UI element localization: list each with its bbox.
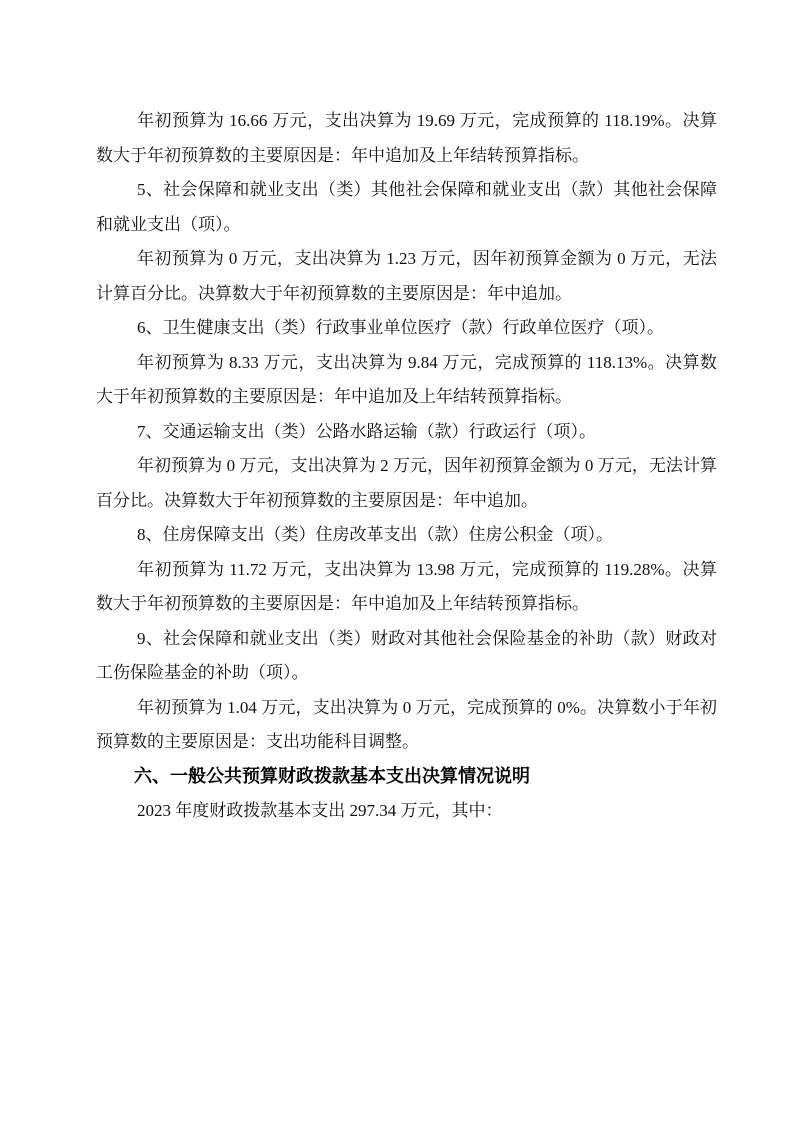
para-item7-title: 7、交通运输支出（类）公路水路运输（款）行政运行（项）。 <box>96 415 717 450</box>
para-item8-figures: 年初预算为 11.72 万元，支出决算为 13.98 万元，完成预算的 119.… <box>96 553 717 622</box>
para-item6-title: 6、卫生健康支出（类）行政事业单位医疗（款）行政单位医疗（项）。 <box>96 311 717 346</box>
para-item4-figures: 年初预算为 16.66 万元，支出决算为 19.69 万元，完成预算的 118.… <box>96 104 717 173</box>
para-item6-figures: 年初预算为 8.33 万元，支出决算为 9.84 万元，完成预算的 118.13… <box>96 346 717 415</box>
document-page: 年初预算为 16.66 万元，支出决算为 19.69 万元，完成预算的 118.… <box>0 0 793 1122</box>
para-item8-title: 8、住房保障支出（类）住房改革支出（款）住房公积金（项）。 <box>96 518 717 553</box>
para-section6-intro: 2023 年度财政拨款基本支出 297.34 万元，其中： <box>96 794 717 829</box>
heading-section-six: 六、一般公共预算财政拨款基本支出决算情况说明 <box>96 760 717 795</box>
para-item5-figures: 年初预算为 0 万元，支出决算为 1.23 万元，因年初预算金额为 0 万元，无… <box>96 242 717 311</box>
para-item9-title: 9、社会保障和就业支出（类）财政对其他社会保险基金的补助（款）财政对工伤保险基金… <box>96 622 717 691</box>
para-item7-figures: 年初预算为 0 万元，支出决算为 2 万元，因年初预算金额为 0 万元，无法计算… <box>96 449 717 518</box>
para-item9-figures: 年初预算为 1.04 万元，支出决算为 0 万元，完成预算的 0%。决算数小于年… <box>96 691 717 760</box>
document-content: 年初预算为 16.66 万元，支出决算为 19.69 万元，完成预算的 118.… <box>96 104 717 829</box>
para-item5-title: 5、社会保障和就业支出（类）其他社会保障和就业支出（款）其他社会保障和就业支出（… <box>96 173 717 242</box>
